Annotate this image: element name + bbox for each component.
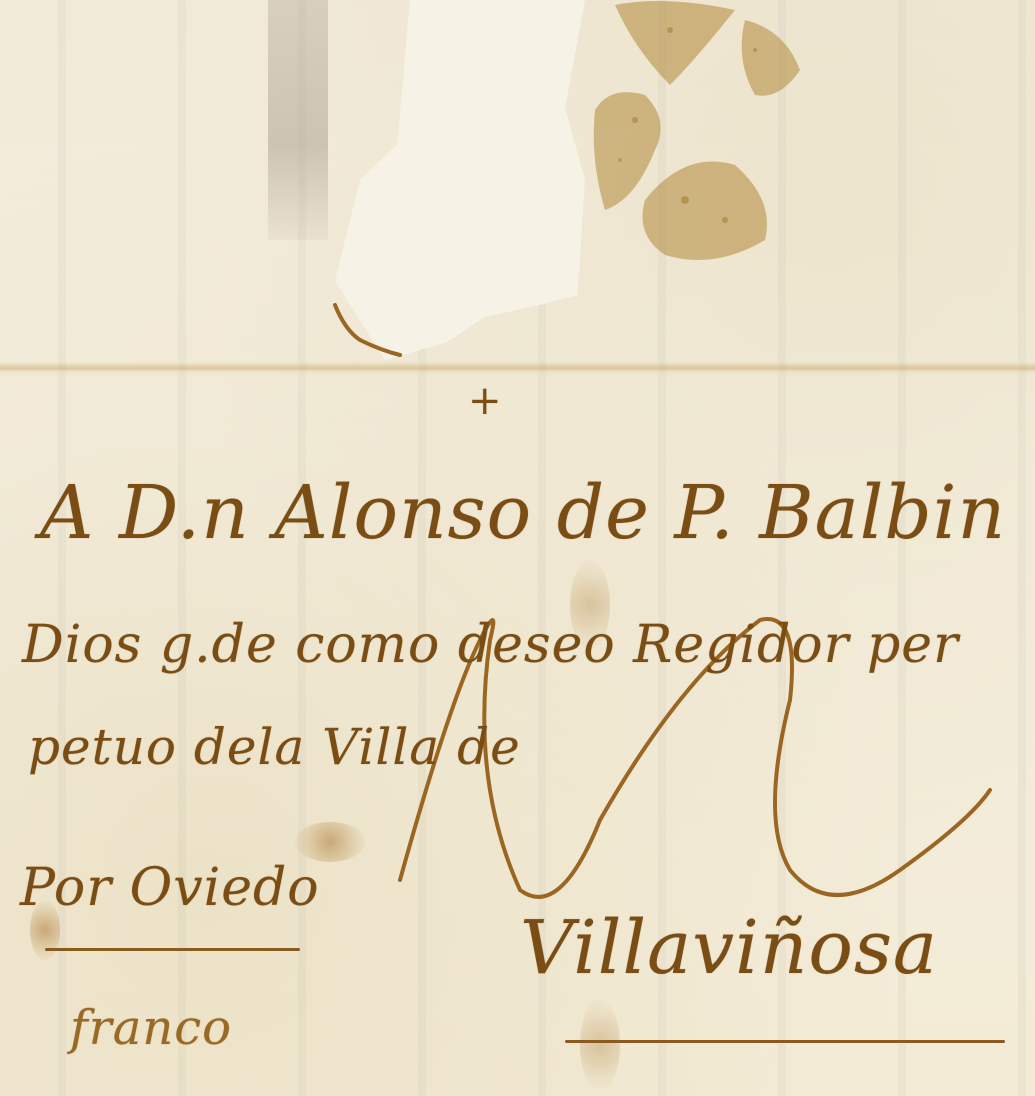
postmark-por-oviedo: Por Oviedo [20, 858, 320, 918]
destination-villaviciosa: Villaviñosa [520, 905, 938, 991]
destination-underline [565, 1040, 1005, 1043]
postmark-underline [45, 948, 300, 951]
address-line-2: Dios g.de como deseo Regidor per [22, 615, 959, 675]
cross-mark: + [468, 378, 503, 424]
rate-mark: franco [70, 1000, 232, 1056]
letter-cover: A D.n Alonso de P. Balbin q.e + Dios g.d… [0, 0, 1035, 1096]
address-line-3: petuo dela Villa de [28, 718, 521, 776]
address-line-1: A D.n Alonso de P. Balbin q.e [40, 470, 1035, 556]
